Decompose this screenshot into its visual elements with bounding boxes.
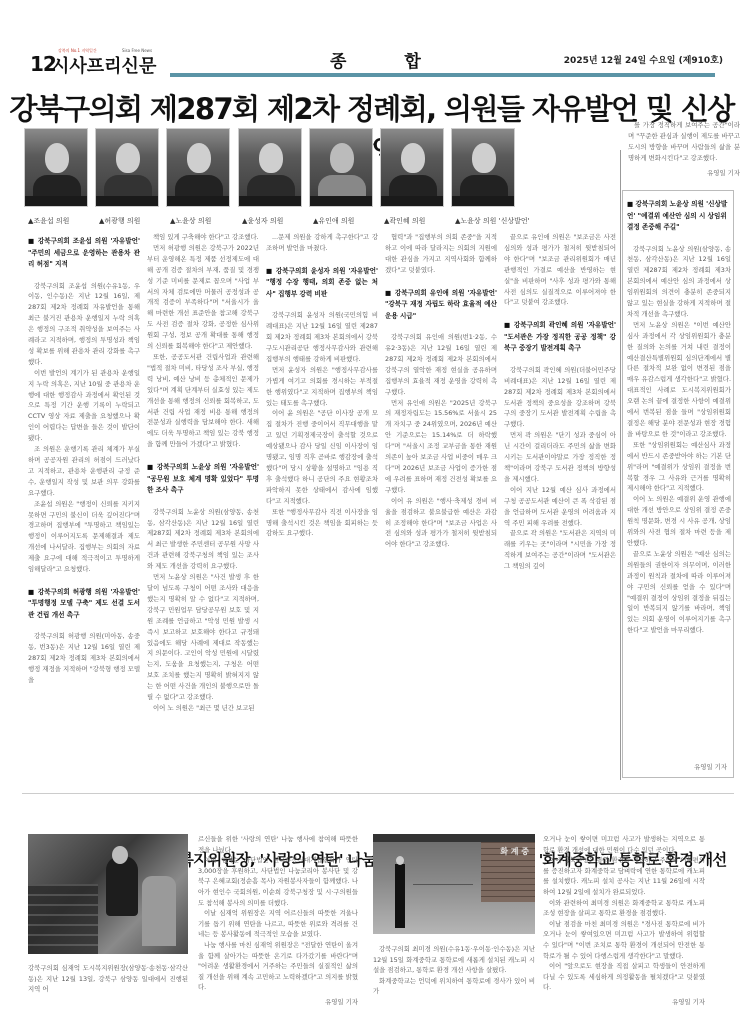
article-column-6-top: 를 가장 정직하게 보여주는 공간"이라며 "꾸준한 관심과 실행이 제도를 바… bbox=[628, 120, 740, 180]
paragraph: 끝으로 유인애 의원은 "보조금은 사전 심의와 성과 평가가 철저히 뒷받침되… bbox=[504, 232, 616, 308]
paragraph: 협력"과 "집행부의 의회 존중"을 지적하고 이에 따라 달라지는 의회의 지… bbox=[385, 232, 497, 276]
paragraph: 이어 노 의원은 예결위 운영 관행에 대한 개선 방안으로 상임위 결정 존중… bbox=[627, 494, 731, 549]
paragraph: 이번 행사는 사단법인 한국무등산대게밥협회가 연탄 3,000장을 후원하고,… bbox=[198, 855, 358, 908]
photo-caption: ▲유인애 의원 bbox=[313, 216, 354, 226]
byline: 유영일 기자 bbox=[628, 168, 740, 179]
photo-caption: ▲곽인혜 의원 bbox=[384, 216, 425, 226]
paragraph: 강북구의회 최미경 의원(수유1동·우이동·인수동)은 지난 12월 15일 화… bbox=[373, 944, 535, 976]
subhead: ■ 강북구의회 유인애 의원 '자유발언' "강북구 재정 자립도 하락 효율적… bbox=[385, 288, 497, 323]
byline: 유영일 기자 bbox=[694, 762, 727, 771]
photo-caption: ▲노윤상 의원 '신상발언' bbox=[455, 216, 530, 226]
paragraph: 강북구의회 유인애 의원(번1·2동, 수유2·3동)은 지난 12월 16일 … bbox=[385, 332, 497, 397]
paragraph: 끝으로 곽 의원은 "도서관은 지역의 미래를 키우는 곳"이라며 "시민을 가… bbox=[504, 528, 616, 572]
paragraph: 화계중학교는 언덕에 위치하여 통학로에 경사가 있어 비가 bbox=[373, 976, 535, 997]
paragraph: 이날 심재억 위원장은 지역 어르신들의 따뜻한 겨울나기를 돕기 위해 연탄을… bbox=[198, 908, 358, 940]
paragraph: 강북구의회 곽인혜 의원(더불어민주당 비례대표)은 지난 12월 16일 열린… bbox=[504, 365, 616, 430]
paragraph: 강북구의회 허광행 의원(미아동, 송중동, 번3동)은 지난 12월 16일 … bbox=[28, 631, 140, 686]
paragraph: 이어 유 의원은 "행사·축제성 경비 비율을 점검하고 불요불급한 예산은 과… bbox=[385, 496, 497, 551]
bottom-left-caption: 강북구의회 심재억 도시복지위원장(삼양동·송천동·삼각산동)은 지난 12월 … bbox=[28, 963, 188, 995]
paragraph: 먼저 윤성자 의원은 "행정사무감사를 가볍게 여기고 의회를 경시하는 부적절… bbox=[266, 365, 378, 409]
bottom-left-body: 르신들을 위한 '사랑의 연탄' 나눔 행사에 참여해 따뜻한 정을 나눴다. … bbox=[198, 834, 358, 1008]
subhead: ■ 강북구의회 곽인혜 의원 '자유발언' "도서관은 가장 정직한 공공 정책… bbox=[504, 320, 616, 355]
paragraph: 이어 지난 12월 예산 심사 과정에서 구청 공공도서관 예산이 큰 폭 삭감… bbox=[504, 485, 616, 529]
paragraph: 를 가장 정직하게 보여주는 공간"이라며 "꾸준한 관심과 실행이 제도를 바… bbox=[628, 120, 740, 164]
paper-name: 시사프리신문 bbox=[52, 52, 156, 78]
paragraph: 이어 "앞으로도 현장을 직접 살피고 학생들이 안전하게 다닐 수 있도록 세… bbox=[543, 961, 705, 993]
photo-councilor-7 bbox=[451, 128, 515, 207]
photo-councilor-4 bbox=[238, 128, 302, 207]
subhead: ■ 강북구의회 노윤상 의원 '자유발언' "공무원 보호 체계 명확 있었다"… bbox=[147, 462, 259, 497]
photo-councilor-3 bbox=[166, 128, 230, 207]
issue-date: 2025년 12월 24일 수요일 (제910호) bbox=[564, 53, 723, 66]
article-column-1: ■ 강북구의회 조윤섭 의원 '자유발언' "주민의 세금으로 운영하는 관용차… bbox=[28, 236, 140, 771]
paragraph: 조 의원은 운행기록 관리 체계가 부실하며 공공자원 관리의 허점이 드러났다… bbox=[28, 444, 140, 499]
bottom-right-body: 오거나 눈이 쌓이면 미끄럼 사고가 발생하는 지역으로 통학로 환경 개선에 … bbox=[543, 834, 705, 1008]
paragraph: 강북구의회 윤성자 의원(국민의힘 비례대표)은 지난 12월 16일 열린 제… bbox=[266, 310, 378, 365]
paragraph: 강북구의회 노윤상 의원(삼양동, 송천동, 삼각산동)은 지난 12월 16일… bbox=[147, 507, 259, 572]
column-divider bbox=[620, 150, 621, 780]
article-column-3: ...문제 의원을 강하게 촉구한다"고 강조하며 발언을 마쳤다. ■ 강북구… bbox=[266, 232, 378, 772]
photo-caption: ▲조윤섭 의원 bbox=[28, 216, 69, 226]
school-sign: 화 계 중 bbox=[500, 846, 529, 857]
paragraph: 먼저 노윤상 의원은 "이번 예산안 심사 과정에서 각 상임위원회가 충분한 … bbox=[627, 320, 731, 440]
coal-briquette-photo bbox=[28, 834, 188, 954]
sidebar-box: ■ 강북구의회 노윤상 의원 '신상발언' "예결위 예산안 심의 시 상임위 … bbox=[622, 190, 734, 778]
subhead: ■ 강북구의회 노윤상 의원 '신상발언' "예결위 예산안 심의 시 상임위 … bbox=[627, 199, 731, 234]
paragraph: 조윤섭 의원은 "행정이 신뢰를 지키지 못하면 구민의 불신이 더욱 깊어진다… bbox=[28, 499, 140, 575]
paragraph: 이와 관련하여 최미경 의원은 화계중학교 통학로 캐노피 조성 현장을 살피고… bbox=[543, 898, 705, 919]
article-column-4: 협력"과 "집행부의 의회 존중"을 지적하고 이에 따라 달라지는 의회의 지… bbox=[385, 232, 497, 772]
photo-councilor-6 bbox=[380, 128, 444, 207]
paragraph: 이날 점검을 마친 최미경 의원은 "경사진 통학로에 비가 오거나 눈이 쌓여… bbox=[543, 919, 705, 961]
paragraph: 강북구의회 노윤상 의원(삼양동, 송천동, 삼각산동)은 지난 12월 16일… bbox=[627, 244, 731, 320]
paragraph: 오거나 눈이 쌓이면 미끄럼 사고가 발생하는 지역으로 통학로 환경 개선에 … bbox=[543, 834, 705, 855]
photo-councilor-2 bbox=[95, 128, 159, 207]
subhead: ■ 강북구의회 조윤섭 의원 '자유발언' "주민의 세금으로 운영하는 관용차… bbox=[28, 236, 140, 271]
section-title: 종 합 bbox=[330, 47, 447, 72]
paragraph: 먼저 노윤상 의원은 "사건 발생 후 한 달이 넘도록 구청이 어떤 조사와 … bbox=[147, 572, 259, 703]
paragraph: 또한, 공공도서관 건립사업과 관련해 "법적 절차 미비, 타당성 조사 부실… bbox=[147, 352, 259, 450]
byline: 유영일 기자 bbox=[543, 997, 705, 1008]
paragraph: 이번 발언의 계기가 된 관용차 운행일지 누락 의혹은, 지난 10월 중 관… bbox=[28, 368, 140, 444]
photo-caption: ▲윤성자 의원 bbox=[242, 216, 283, 226]
paragraph: 강북구의회 조윤섭 의원(수유1동, 우이동, 인수동)은 지난 12월 16일… bbox=[28, 281, 140, 368]
photo-councilor-5 bbox=[309, 128, 373, 207]
article-column-5: 끝으로 유인애 의원은 "보조금은 사전 심의와 성과 평가가 철저히 뒷받침되… bbox=[504, 232, 616, 772]
paragraph: 이어 노 의원은 "최근 몇 년간 보고된 bbox=[147, 703, 259, 714]
paragraph: 이어 윤 의원은 "공단 이사장 공개 모집 절차가 진행 중이어서 직무대행을… bbox=[266, 408, 378, 506]
paragraph: 이에 강북구청은 통학 환경을 개선하고 주민의 이동편의를 증진하고자 화계중… bbox=[543, 855, 705, 897]
subhead: ■ 강북구의회 허광행 의원 '자유발언' "투명행정 모델 구축" 제도 선결… bbox=[28, 587, 140, 622]
photo-councilor-1 bbox=[24, 128, 88, 207]
section-divider bbox=[22, 793, 734, 794]
paragraph: ...문제 의원을 강하게 촉구한다"고 강조하며 발언을 마쳤다. bbox=[266, 232, 378, 254]
paragraph: 먼저 유인애 의원은 "2025년 강북구의 재정자립도는 15.56%로 서울… bbox=[385, 398, 497, 496]
photo-caption: ▲허광행 의원 bbox=[99, 216, 140, 226]
header-rule bbox=[170, 73, 715, 77]
bottom-right-caption: 강북구의회 최미경 의원(수유1동·우이동·인수동)은 지난 12월 15일 화… bbox=[373, 944, 535, 997]
article-column-2: 책임 있게 구축해야 한다"고 강조했다. 먼저 허광행 의원은 강북구가 20… bbox=[147, 232, 259, 772]
school-canopy-photo: 화 계 중 bbox=[373, 834, 535, 934]
paragraph: 르신들을 위한 '사랑의 연탄' 나눔 행사에 참여해 따뜻한 정을 나눴다. bbox=[198, 834, 358, 855]
paragraph: 먼저 곽 의원은 "단기 성과 중심이 아닌 시간이 걸리더라도 주민의 삶을 … bbox=[504, 430, 616, 485]
paragraph: 나눔 행사를 마친 심재억 위원장은 "전달한 연탄이 올겨울 함께 살아가는 … bbox=[198, 940, 358, 993]
paragraph: 먼저 허광행 의원은 강북구가 2022년부터 운영해온 특정 제품 선정제도에… bbox=[147, 243, 259, 352]
paragraph: 책임 있게 구축해야 한다"고 강조했다. bbox=[147, 232, 259, 243]
subhead: ■ 강북구의회 윤성자 의원 '자유발언' "행정 수장 행태, 의회 존중 없… bbox=[266, 266, 378, 301]
byline: 유영일 기자 bbox=[198, 997, 358, 1008]
photo-caption: ▲노윤상 의원 bbox=[170, 216, 211, 226]
paragraph: 끝으로 노윤상 의원은 "예산 심의는 의원들의 권한이자 의무이며, 이러한 … bbox=[627, 549, 731, 636]
paragraph: 또한 "상임위원회는 예산심사 과정에서 반드시 존중받아야 하는 기본 단위"… bbox=[627, 440, 731, 495]
paragraph: 또한 "행정사무감사 직전 이사장을 임명해 출석시킨 것은 책임을 회피하는 … bbox=[266, 507, 378, 540]
